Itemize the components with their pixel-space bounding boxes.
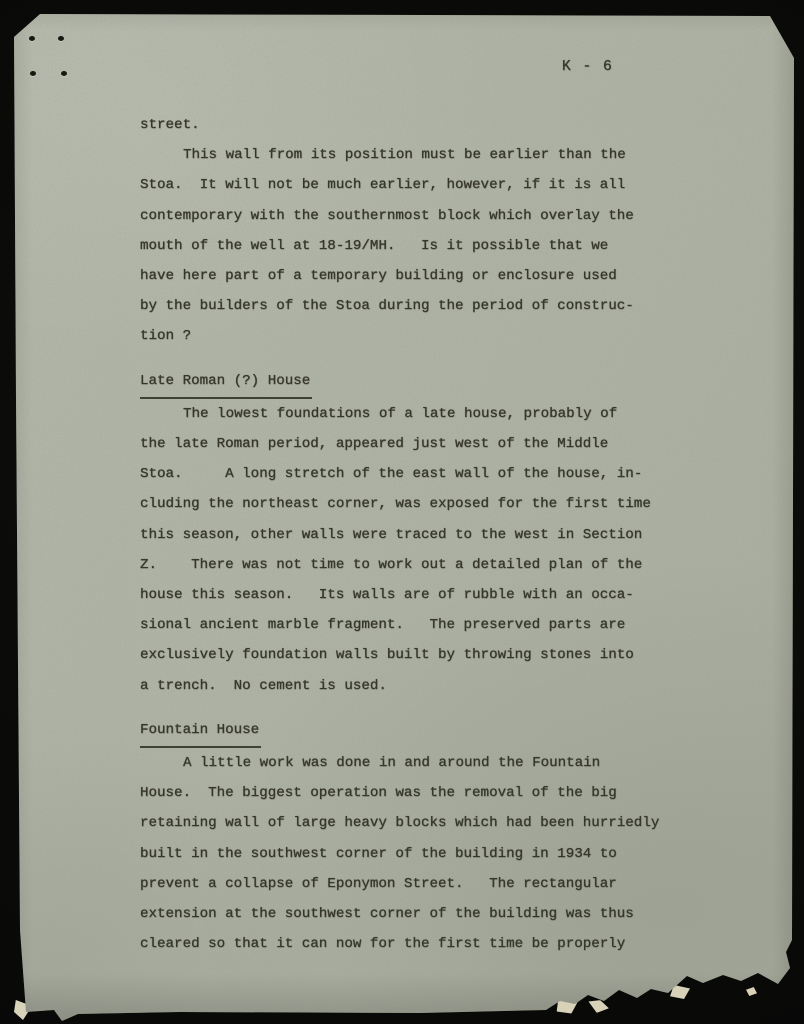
text-line: contemporary with the southernmost block… [140, 201, 700, 231]
text-line: mouth of the well at 18-19/MH. Is it pos… [140, 231, 700, 261]
pin-hole [61, 71, 67, 76]
pin-hole [30, 71, 36, 76]
text-line: exclusively foundation walls built by th… [140, 640, 700, 670]
section-heading: Late Roman (?) House [140, 366, 700, 399]
text-line: Z. There was not time to work out a deta… [140, 550, 700, 580]
pin-hole [58, 36, 64, 41]
document-body: street.This wall from its position must … [140, 110, 700, 959]
text-line: Stoa. A long stretch of the east wall of… [140, 459, 700, 489]
text-line: sional ancient marble fragment. The pres… [140, 610, 700, 640]
text-line: cleared so that it can now for the first… [140, 929, 700, 959]
text-line: extension at the southwest corner of the… [140, 899, 700, 929]
text-line: the late Roman period, appeared just wes… [140, 429, 700, 459]
text-line: A little work was done in and around the… [140, 748, 700, 778]
section-heading-text: Late Roman (?) House [140, 366, 312, 399]
text-line: have here part of a temporary building o… [140, 261, 700, 291]
paper-page: K - 6 street.This wall from its position… [0, 0, 804, 1024]
text-line: cluding the northeast corner, was expose… [140, 489, 700, 519]
pin-hole [29, 36, 35, 41]
text-line: this season, other walls were traced to … [140, 520, 700, 550]
text-line: house this season. Its walls are of rubb… [140, 580, 700, 610]
torn-paper-fragment [587, 999, 609, 1014]
text-line: This wall from its position must be earl… [140, 140, 700, 170]
text-line: The lowest foundations of a late house, … [140, 399, 700, 429]
text-line: prevent a collapse of Eponymon Street. T… [140, 869, 700, 899]
text-line: street. [140, 110, 700, 140]
text-line: retaining wall of large heavy blocks whi… [140, 808, 700, 838]
text-line: House. The biggest operation was the rem… [140, 778, 700, 808]
text-line: built in the southwest corner of the bui… [140, 839, 700, 869]
page-number-label: K - 6 [562, 59, 613, 75]
text-line: a trench. No cement is used. [140, 671, 700, 701]
scan-background: K - 6 street.This wall from its position… [0, 0, 804, 1024]
text-line: tion ? [140, 321, 700, 351]
text-line: Stoa. It will not be much earlier, howev… [140, 170, 700, 200]
section-heading-text: Fountain House [140, 715, 261, 748]
torn-paper-fragment [746, 987, 757, 996]
text-line: by the builders of the Stoa during the p… [140, 291, 700, 321]
section-heading: Fountain House [140, 715, 700, 748]
